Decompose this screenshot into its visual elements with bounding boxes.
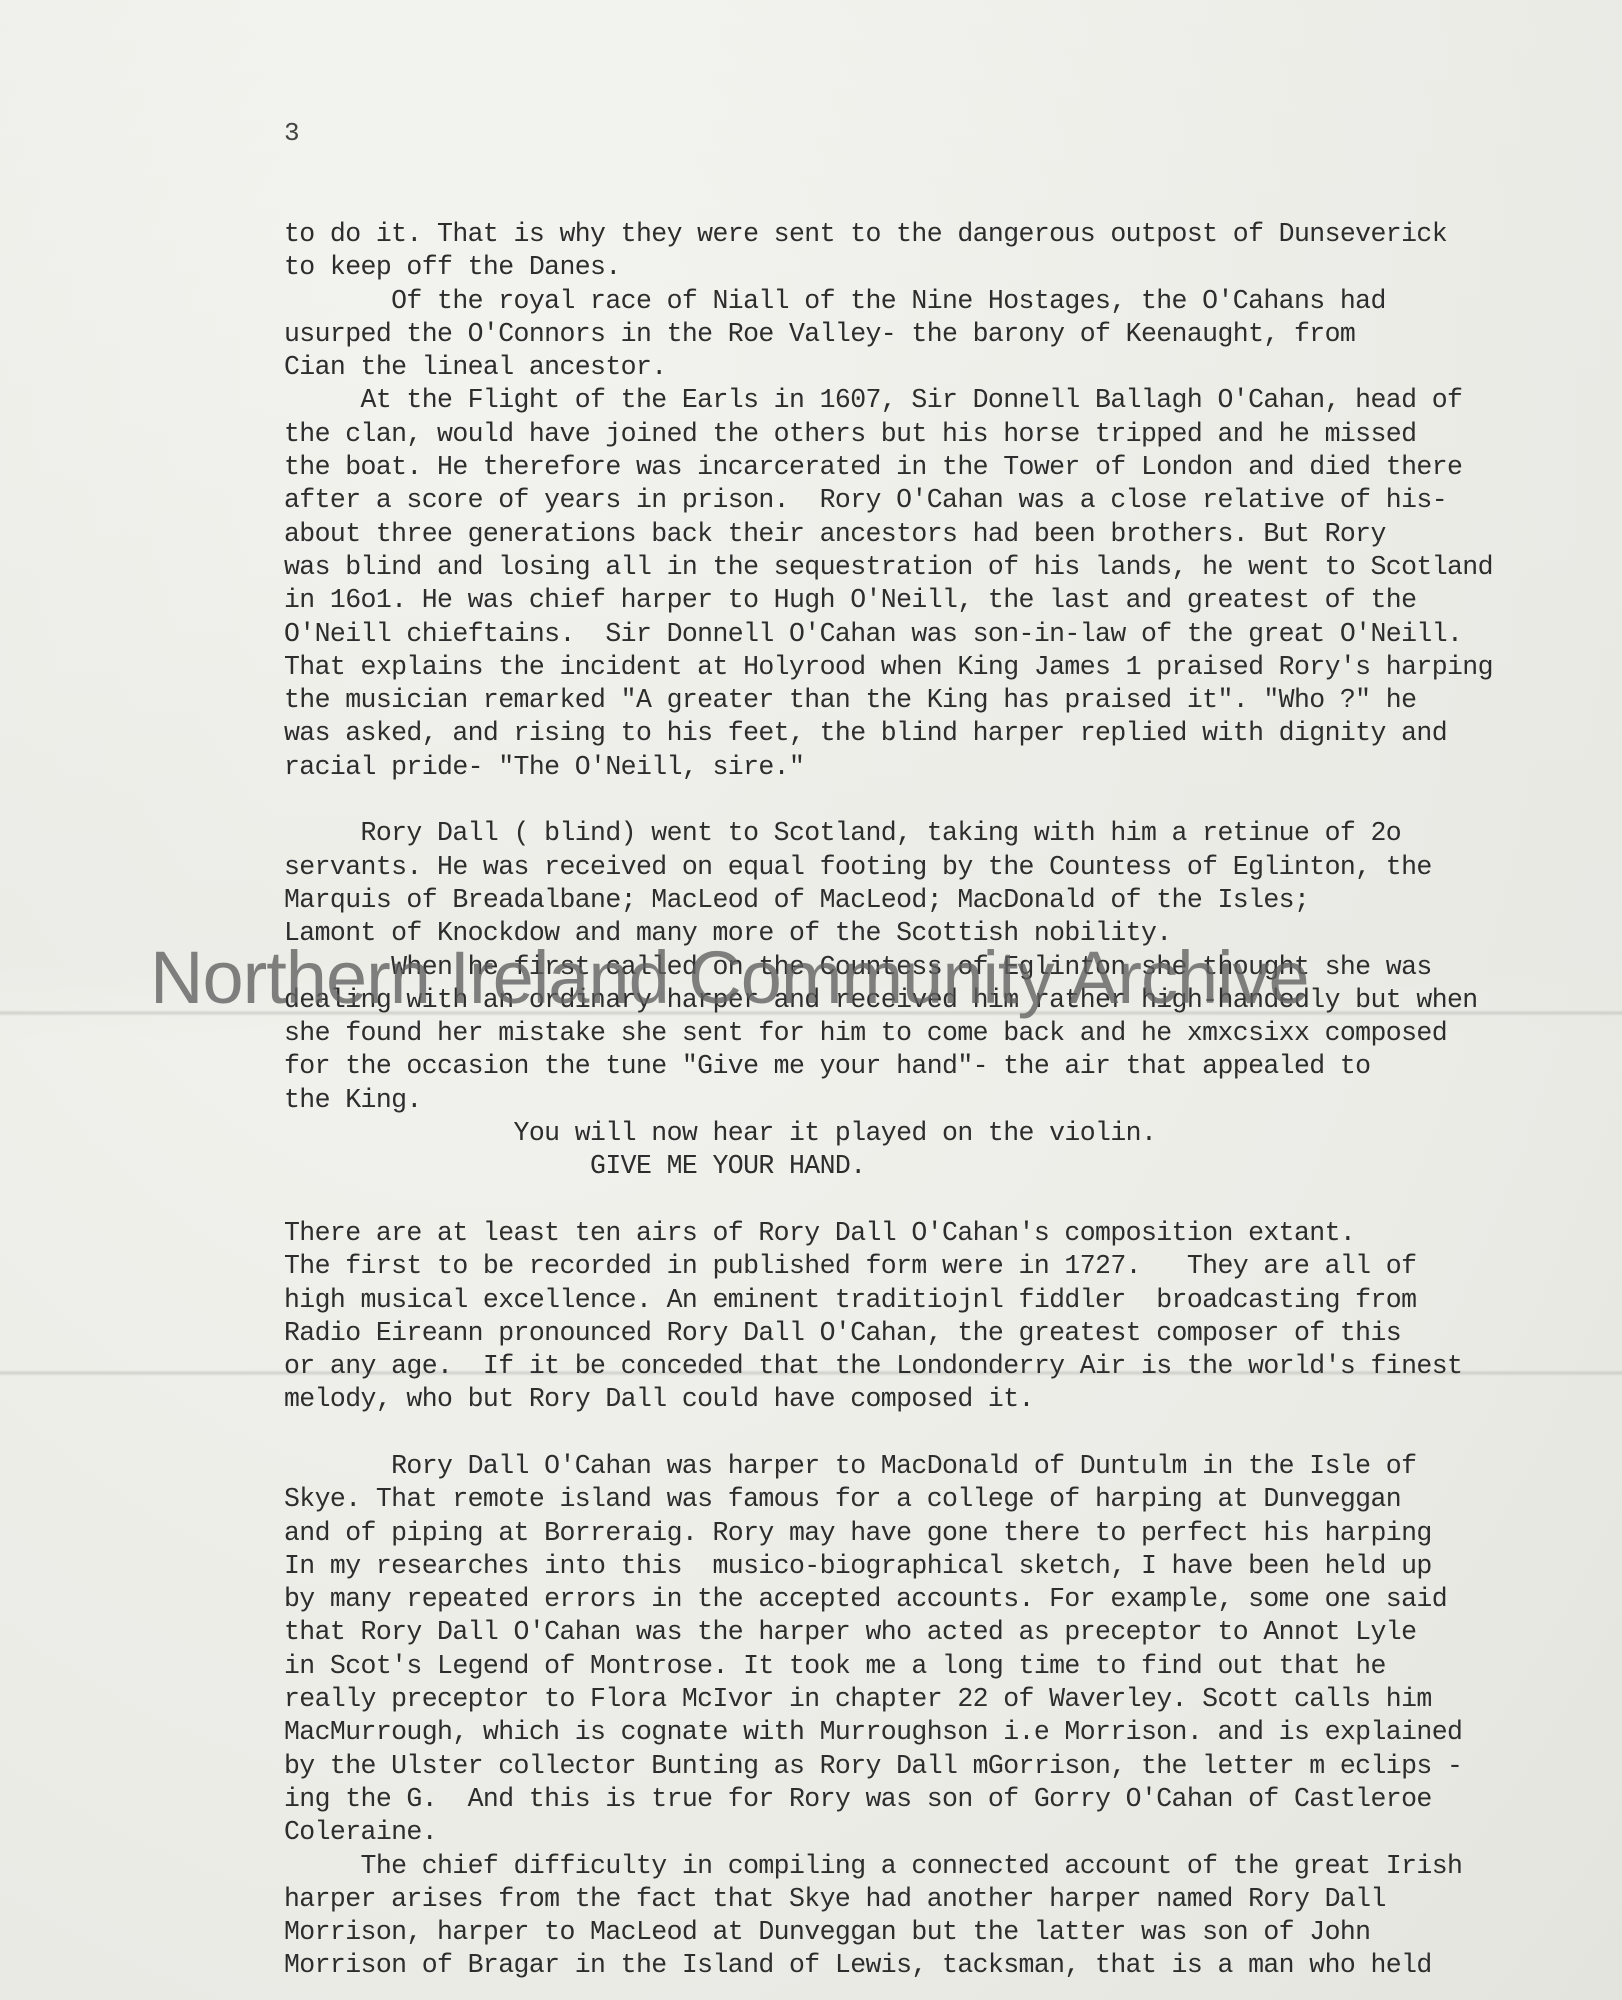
text-line: after a score of years in prison. Rory O…	[284, 484, 1604, 517]
text-line	[284, 1184, 1604, 1217]
text-line: to keep off the Danes.	[284, 251, 1604, 284]
text-line: Coleraine.	[284, 1816, 1604, 1849]
text-line: ing the G. And this is true for Rory was…	[284, 1783, 1604, 1816]
text-line: in 16o1. He was chief harper to Hugh O'N…	[284, 584, 1604, 617]
text-line: Skye. That remote island was famous for …	[284, 1483, 1604, 1516]
text-line: racial pride- "The O'Neill, sire."	[284, 751, 1604, 784]
text-line: Morrison of Bragar in the Island of Lewi…	[284, 1949, 1604, 1982]
typewritten-body: to do it. That is why they were sent to …	[284, 218, 1604, 1983]
text-line: for the occasion the tune "Give me your …	[284, 1050, 1604, 1083]
text-line: Rory Dall O'Cahan was harper to MacDonal…	[284, 1450, 1604, 1483]
watermark: Northern Ireland Community Archive	[150, 935, 1309, 1020]
text-line: In my researches into this musico-biogra…	[284, 1550, 1604, 1583]
text-line: and of piping at Borreraig. Rory may hav…	[284, 1517, 1604, 1550]
text-line: she found her mistake she sent for him t…	[284, 1017, 1604, 1050]
page-number: 3	[284, 118, 300, 148]
text-line: Marquis of Breadalbane; MacLeod of MacLe…	[284, 884, 1604, 917]
text-line: There are at least ten airs of Rory Dall…	[284, 1217, 1604, 1250]
text-line: servants. He was received on equal footi…	[284, 851, 1604, 884]
text-line: GIVE ME YOUR HAND.	[284, 1150, 1604, 1183]
text-line: Radio Eireann pronounced Rory Dall O'Cah…	[284, 1317, 1604, 1350]
text-line	[284, 1417, 1604, 1450]
text-line: You will now hear it played on the violi…	[284, 1117, 1604, 1150]
text-line: the King.	[284, 1084, 1604, 1117]
text-line: the clan, would have joined the others b…	[284, 418, 1604, 451]
text-line: Morrison, harper to MacLeod at Dunveggan…	[284, 1916, 1604, 1949]
text-line: in Scot's Legend of Montrose. It took me…	[284, 1650, 1604, 1683]
text-line: melody, who but Rory Dall could have com…	[284, 1383, 1604, 1416]
text-line	[284, 784, 1604, 817]
text-line: or any age. If it be conceded that the L…	[284, 1350, 1604, 1383]
text-line: the boat. He therefore was incarcerated …	[284, 451, 1604, 484]
text-line: Cian the lineal ancestor.	[284, 351, 1604, 384]
text-line: was asked, and rising to his feet, the b…	[284, 717, 1604, 750]
text-line: by many repeated errors in the accepted …	[284, 1583, 1604, 1616]
text-line: At the Flight of the Earls in 1607, Sir …	[284, 384, 1604, 417]
text-line: was blind and losing all in the sequestr…	[284, 551, 1604, 584]
text-line: the musician remarked "A greater than th…	[284, 684, 1604, 717]
text-line: harper arises from the fact that Skye ha…	[284, 1883, 1604, 1916]
text-line: Rory Dall ( blind) went to Scotland, tak…	[284, 817, 1604, 850]
text-line: Of the royal race of Niall of the Nine H…	[284, 285, 1604, 318]
text-line: usurped the O'Connors in the Roe Valley-…	[284, 318, 1604, 351]
text-line: high musical excellence. An eminent trad…	[284, 1284, 1604, 1317]
text-line: that Rory Dall O'Cahan was the harper wh…	[284, 1616, 1604, 1649]
text-line: really preceptor to Flora McIvor in chap…	[284, 1683, 1604, 1716]
text-line: to do it. That is why they were sent to …	[284, 218, 1604, 251]
text-line: MacMurrough, which is cognate with Murro…	[284, 1716, 1604, 1749]
text-line: The chief difficulty in compiling a conn…	[284, 1850, 1604, 1883]
text-line: The first to be recorded in published fo…	[284, 1250, 1604, 1283]
text-line: O'Neill chieftains. Sir Donnell O'Cahan …	[284, 618, 1604, 651]
text-line: That explains the incident at Holyrood w…	[284, 651, 1604, 684]
text-line: by the Ulster collector Bunting as Rory …	[284, 1750, 1604, 1783]
text-line: about three generations back their ances…	[284, 518, 1604, 551]
